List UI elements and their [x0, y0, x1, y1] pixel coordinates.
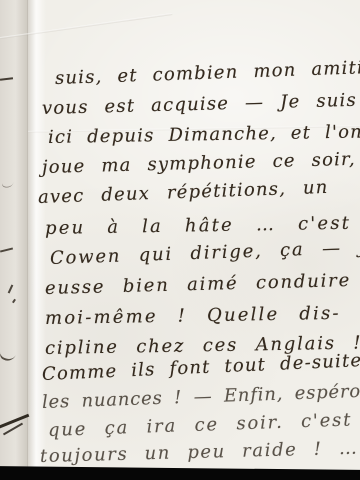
- handwriting-line: les nuances ! — Enfin, espérons: [42, 380, 360, 413]
- manuscript-scan: suis, et combien mon amitié vous est acq…: [0, 0, 360, 480]
- previous-page-edge: [0, 0, 28, 480]
- handwriting-line: ici depuis Dimanche, et l'on: [48, 122, 360, 148]
- handwriting-line: avec deux répétitions, un: [38, 177, 329, 208]
- handwriting-line: joue ma symphonie ce soir,: [42, 149, 356, 178]
- scanner-edge-bar: [0, 466, 360, 480]
- handwriting-line: moi-même ! Quelle dis-: [45, 303, 341, 329]
- handwriting-line: Cowen qui dirige, ça — j': [50, 237, 360, 269]
- handwriting-line: suis, et combien mon amitié: [55, 57, 360, 89]
- handwriting-line: toujours un peu raide ! …..: [40, 437, 360, 467]
- handwriting-line: eusse bien aimé conduire: [45, 270, 352, 299]
- handwriting-line: que ça ira ce soir. c'est: [48, 409, 353, 441]
- handwriting-line: vous est acquise — Je suis: [42, 90, 357, 119]
- handwriting-line: peu à la hâte … c'est: [45, 213, 351, 239]
